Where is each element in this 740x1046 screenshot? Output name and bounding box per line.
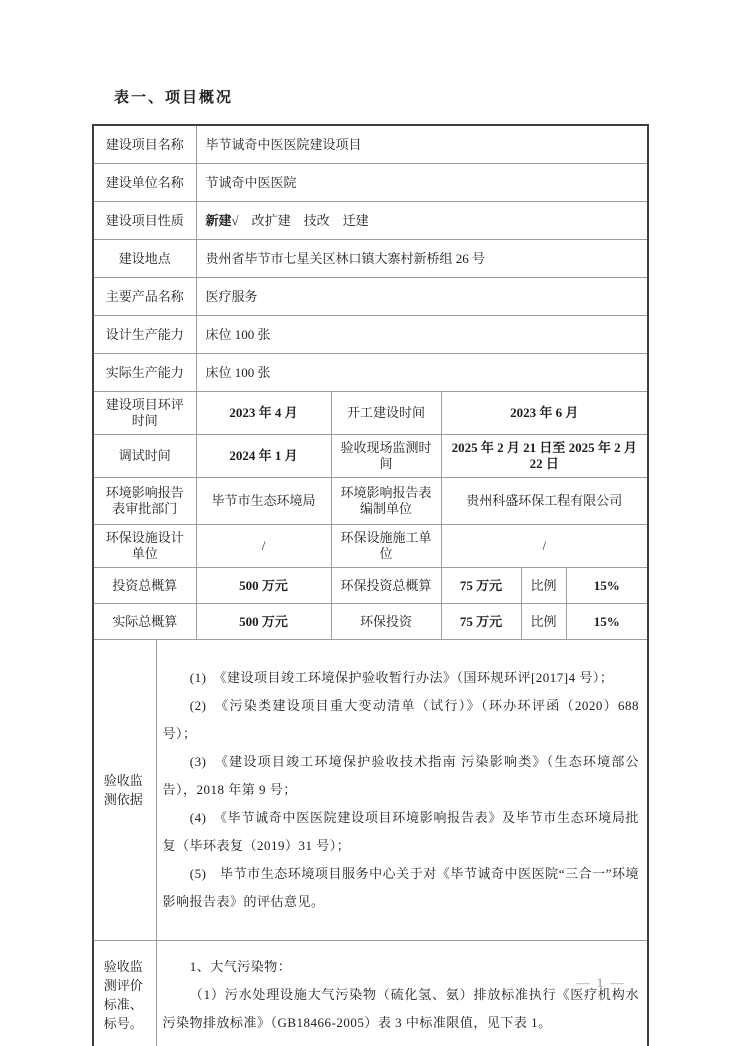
row-label: 环境影响报告表审批部门 — [93, 478, 196, 525]
row-label: 环保投资总概算 — [331, 568, 441, 604]
nature-options: √ 改扩建 技改 迁建 — [232, 213, 369, 228]
table-row-main-product: 主要产品名称 医疗服务 — [93, 278, 648, 316]
table-row-design-unit: 环保设施设计单位 / 环保设施施工单位 / — [93, 525, 648, 568]
project-overview-table: 建设项目名称 毕节诚奇中医医院建设项目 建设单位名称 节诚奇中医医院 建设项目性… — [92, 124, 649, 1046]
row-value: 床位 100 张 — [196, 316, 648, 354]
section-label: 验收监测依据 — [93, 640, 156, 941]
nature-selected: 新建 — [206, 213, 232, 228]
row-label: 环保投资 — [331, 604, 441, 640]
table-row-unit-name: 建设单位名称 节诚奇中医医院 — [93, 164, 648, 202]
row-label: 建设单位名称 — [93, 164, 196, 202]
row-value: / — [196, 525, 331, 568]
table-row-design-capacity: 设计生产能力 床位 100 张 — [93, 316, 648, 354]
row-label: 环保设施设计单位 — [93, 525, 196, 568]
table-row-evaluation-standards: 验收监测评价标准、标号。 1、大气污染物： （1）污水处理设施大气污染物（硫化氢… — [93, 941, 648, 1046]
row-label: 环境影响报告表编制单位 — [331, 478, 441, 525]
row-label: 比例 — [521, 568, 566, 604]
basis-item: (3) 《建设项目竣工环境保护验收技术指南 污染影响类》（生态环境部公告），20… — [163, 748, 640, 804]
row-label: 设计生产能力 — [93, 316, 196, 354]
row-value: 节诚奇中医医院 — [196, 164, 648, 202]
row-value: 75 万元 — [441, 568, 521, 604]
row-label: 建设项目性质 — [93, 202, 196, 240]
row-label: 投资总概算 — [93, 568, 196, 604]
row-value: 贵州科盛环保工程有限公司 — [441, 478, 648, 525]
basis-item: (2) 《污染类建设项目重大变动清单（试行）》（环办环评函（2020）688 号… — [163, 692, 640, 748]
table-row-eia-time: 建设项目环评时间 2023 年 4 月 开工建设时间 2023 年 6 月 — [93, 392, 648, 435]
row-value: 15% — [566, 604, 648, 640]
basis-item: (1) 《建设项目竣工环境保护验收暂行办法》（国环规环评[2017]4 号）； — [163, 664, 640, 692]
row-label: 调试时间 — [93, 435, 196, 478]
table-row-location: 建设地点 贵州省毕节市七星关区林口镇大寨村新桥组 26 号 — [93, 240, 648, 278]
row-label: 建设地点 — [93, 240, 196, 278]
row-label: 建设项目环评时间 — [93, 392, 196, 435]
table-row-approval-dept: 环境影响报告表审批部门 毕节市生态环境局 环境影响报告表编制单位 贵州科盛环保工… — [93, 478, 648, 525]
row-value: / — [441, 525, 648, 568]
page-number: — 1 — — [556, 975, 646, 991]
row-value: 床位 100 张 — [196, 354, 648, 392]
row-label: 实际总概算 — [93, 604, 196, 640]
row-value: 毕节诚奇中医医院建设项目 — [196, 125, 648, 164]
table-row-debug-time: 调试时间 2024 年 1 月 验收现场监测时间 2025 年 2 月 21 日… — [93, 435, 648, 478]
table-row-invest-budget: 投资总概算 500 万元 环保投资总概算 75 万元 比例 15% — [93, 568, 648, 604]
section-content: 1、大气污染物： （1）污水处理设施大气污染物（硫化氢、氨）排放标准执行《医疗机… — [156, 941, 648, 1046]
row-value: 医疗服务 — [196, 278, 648, 316]
row-label: 验收现场监测时间 — [331, 435, 441, 478]
section-label: 验收监测评价标准、标号。 — [93, 941, 156, 1046]
row-value: 2023 年 6 月 — [441, 392, 648, 435]
basis-item: (4) 《毕节诚奇中医医院建设项目环境影响报告表》及毕节市生态环境局批复（毕环表… — [163, 804, 640, 860]
row-value: 毕节市生态环境局 — [196, 478, 331, 525]
table-row-actual-budget: 实际总概算 500 万元 环保投资 75 万元 比例 15% — [93, 604, 648, 640]
row-label: 主要产品名称 — [93, 278, 196, 316]
section-content: (1) 《建设项目竣工环境保护验收暂行办法》（国环规环评[2017]4 号）； … — [156, 640, 648, 941]
row-label: 比例 — [521, 604, 566, 640]
row-label: 建设项目名称 — [93, 125, 196, 164]
table-row-monitoring-basis: 验收监测依据 (1) 《建设项目竣工环境保护验收暂行办法》（国环规环评[2017… — [93, 640, 648, 941]
row-value: 2023 年 4 月 — [196, 392, 331, 435]
row-label: 环保设施施工单位 — [331, 525, 441, 568]
row-label: 开工建设时间 — [331, 392, 441, 435]
row-value: 2024 年 1 月 — [196, 435, 331, 478]
row-value: 500 万元 — [196, 568, 331, 604]
row-value: 500 万元 — [196, 604, 331, 640]
page-title: 表一、项目概况 — [114, 86, 233, 107]
row-value: 15% — [566, 568, 648, 604]
table-row-project-name: 建设项目名称 毕节诚奇中医医院建设项目 — [93, 125, 648, 164]
basis-item: (5) 毕节市生态环境项目服务中心关于对《毕节诚奇中医医院“三合一”环境影响报告… — [163, 860, 640, 916]
row-label: 实际生产能力 — [93, 354, 196, 392]
row-value: 2025 年 2 月 21 日至 2025 年 2 月 22 日 — [441, 435, 648, 478]
table-row-project-nature: 建设项目性质 新建√ 改扩建 技改 迁建 — [93, 202, 648, 240]
row-value: 贵州省毕节市七星关区林口镇大寨村新桥组 26 号 — [196, 240, 648, 278]
row-value: 75 万元 — [441, 604, 521, 640]
table-row-actual-capacity: 实际生产能力 床位 100 张 — [93, 354, 648, 392]
row-value: 新建√ 改扩建 技改 迁建 — [196, 202, 648, 240]
